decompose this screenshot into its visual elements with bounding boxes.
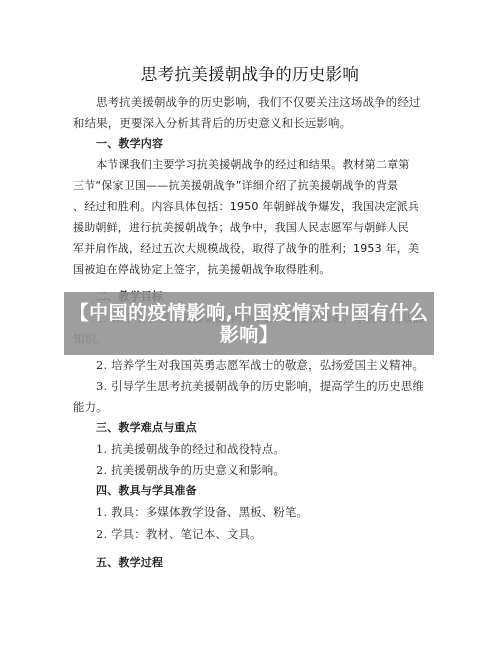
tools-line-2: 2. 学具：教材、笔记本、文具。	[96, 527, 262, 541]
keypoint-line-1: 1. 抗美援朝战争的经过和战役特点。	[96, 442, 285, 456]
objective-line-2: 2. 培养学生对我国英勇志愿军战士的敬意，弘扬爱国主义精神。	[96, 358, 424, 372]
content-line-5: 军并肩作战，经过五次大规模战役，取得了战争的胜利；1953 年，美	[73, 242, 419, 256]
content-line-3: 、经过和胜利。内容具体包括：1950 年朝鲜战争爆发，我国决定派兵	[73, 200, 419, 214]
tools-line-1: 1. 教具：多媒体教学设备、黑板、粉笔。	[96, 505, 308, 519]
section-heading-process: 五、教学过程	[96, 556, 163, 570]
document-title: 思考抗美援朝战争的历史影响	[0, 61, 500, 85]
section-heading-content: 一、教学内容	[96, 137, 163, 151]
content-line-4: 援助朝鲜，进行抗美援朝战争；战争中，我国人民志愿军与朝鲜人民	[73, 221, 409, 235]
intro-line-1: 思考抗美援朝战争的历史影响，我们不仅要关注这场战争的经过	[96, 95, 421, 109]
content-line-2: 三节“保家卫国——抗美援朝战争”详细介绍了抗美援朝战争的背景	[73, 179, 398, 193]
title-overlay-banner: 【中国的疫情影响,中国疫情对中国有什么影响】	[64, 292, 434, 355]
objective-line-3: 3. 引导学生思考抗美援朝战争的历史影响，提高学生的历史思维	[96, 379, 424, 393]
content-line-1: 本节课我们主要学习抗美援朝战争的经过和结果。教材第二章第	[96, 158, 410, 172]
section-heading-keypoints: 三、教学难点与重点	[96, 421, 197, 435]
objective-line-3b: 能力。	[73, 400, 108, 414]
section-heading-tools: 四、教具与学具准备	[96, 484, 197, 498]
content-line-6: 国被迫在停战协定上签字，抗美援朝战争取得胜利。	[73, 263, 331, 277]
keypoint-line-2: 2. 抗美援朝战争的历史意义和影响。	[96, 463, 285, 477]
intro-line-2: 和结果，更要深入分析其背后的历史意义和长远影响。	[73, 116, 351, 130]
overlay-title: 【中国的疫情影响,中国疫情对中国有什么影响】	[69, 302, 429, 346]
